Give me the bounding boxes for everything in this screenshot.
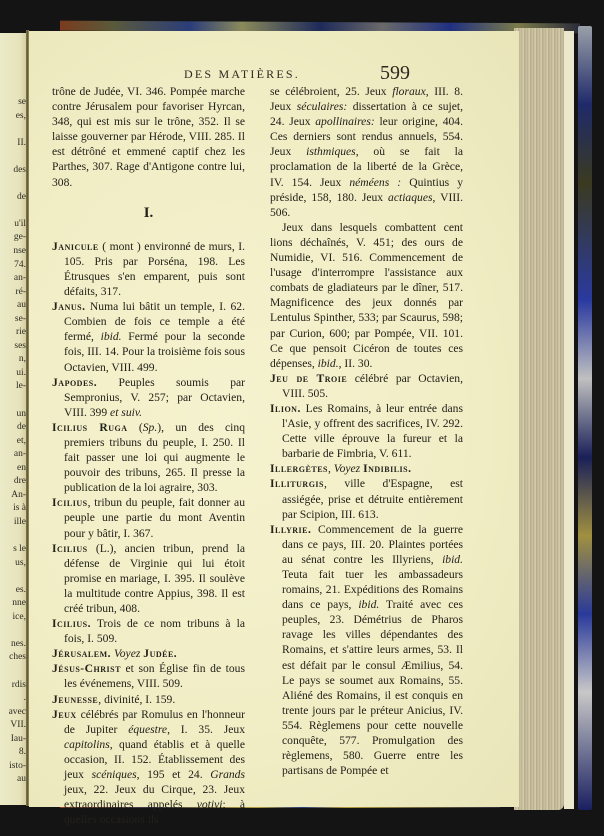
left-fragment-line: des	[0, 164, 26, 178]
entry-text: , tribun du peuple, fait donner au peupl…	[64, 496, 245, 539]
left-fragment-line: an-	[0, 272, 26, 286]
left-fragment-line	[0, 204, 26, 218]
entry-italic: ibid.	[442, 553, 463, 566]
index-entry: Jeunesse, divinité, I. 159.	[52, 692, 245, 707]
entry-headword: Illergètes	[270, 462, 328, 475]
index-entry: Jeu de Troie célébré par Octavien, VIII.…	[270, 371, 463, 401]
index-entry: Illergètes, Voyez Indibilis.	[270, 461, 463, 476]
page-fore-edge	[514, 28, 564, 810]
index-entry: Jérusalem. Voyez Judée.	[52, 646, 245, 661]
left-fragment-line	[0, 665, 26, 679]
entry-headword: Ilion.	[270, 402, 301, 415]
left-fragment-line: dre	[0, 475, 26, 489]
index-entry: Icilius, tribun du peuple, fait donner a…	[52, 495, 245, 540]
entry-italic: séculaires:	[297, 100, 347, 113]
continuation-entry: trône de Judée, VI. 346. Pompée marche c…	[52, 84, 245, 190]
entry-text: , 195 et 24.	[137, 768, 211, 781]
entry-italic: isthmiques	[306, 145, 356, 158]
entry-italic: scéniques	[92, 768, 137, 781]
left-fragment-line	[0, 150, 26, 164]
entry-italic: Grands	[210, 768, 245, 781]
index-continuation: Jeux dans lesquels combattent cent lions…	[270, 220, 463, 371]
left-fragment-line	[0, 177, 26, 191]
entry-italic: Voyez	[114, 647, 140, 660]
section-letter: I.	[52, 206, 245, 221]
left-fragment-line: se	[0, 96, 26, 110]
entry-headword: Icilius	[52, 542, 88, 555]
entry-headword: Judée.	[143, 647, 177, 660]
left-fragment-line: de	[0, 421, 26, 435]
entry-italic: et suiv.	[110, 406, 142, 419]
index-entry: Illyrie. Commencement de la guerre dans …	[270, 522, 463, 779]
left-fragment-line	[0, 624, 26, 638]
left-fragment-line: rdis	[0, 679, 26, 693]
left-fragment-line: ge-	[0, 231, 26, 245]
entry-headword: Icilius	[52, 496, 88, 509]
left-fragment-line: rie	[0, 326, 26, 340]
left-fragment-line: nes.	[0, 638, 26, 652]
left-fragment-line: .	[0, 692, 26, 706]
index-entry: Icilius Ruga (Sp.), un des cinq premiers…	[52, 420, 245, 495]
entry-headword: Indibilis.	[363, 462, 411, 475]
page-number: 599	[380, 62, 410, 85]
entry-italic: apollinaires:	[315, 115, 374, 128]
index-entry: Icilius (L.), ancien tribun, prend la dé…	[52, 541, 245, 616]
running-head: DES MATIÈRES.	[184, 67, 300, 82]
left-fragment-line	[0, 530, 26, 544]
index-entry: Icilius. Trois de ce nom tribuns à la fo…	[52, 616, 245, 646]
entry-text: Les Romains, à leur entrée dans l'Asie, …	[282, 402, 463, 460]
entry-headword: Icilius Ruga	[52, 421, 128, 434]
entry-italic: équestre	[128, 723, 167, 736]
entry-text: , divinité, I. 159.	[98, 693, 175, 706]
entry-italic: Voyez	[334, 462, 360, 475]
entry-text: Traité avec ces peuples, 23. Démétrius d…	[282, 598, 463, 777]
left-fragment-line: nne	[0, 597, 26, 611]
entry-headword: Janicule	[52, 240, 99, 253]
left-fragment-line: au	[0, 773, 26, 787]
entry-italic: floraux	[392, 85, 426, 98]
index-entry: Illiturgis, ville d'Espagne, est assiégé…	[270, 476, 463, 521]
entry-headword: Jérusalem.	[52, 647, 111, 660]
page-edge-cap	[564, 31, 574, 809]
entry-text: , II. 30.	[339, 357, 373, 370]
index-entry: Jésus-Christ et son Église fin de tous l…	[52, 661, 245, 691]
entry-headword: Jésus-Christ	[52, 662, 121, 675]
left-fragment-line: en	[0, 462, 26, 476]
left-fragment-line: II.	[0, 137, 26, 151]
left-fragment-line: ice,	[0, 611, 26, 625]
left-fragment-line: VII.	[0, 719, 26, 733]
left-fragment-line: ui.	[0, 367, 26, 381]
entry-italic: votivi	[197, 798, 223, 811]
left-fragment-line: us,	[0, 557, 26, 571]
left-fragment-line: nse	[0, 245, 26, 259]
left-fragment-line	[0, 570, 26, 584]
left-fragment-line: de	[0, 191, 26, 205]
left-entries: Janicule ( mont ) environné de murs, I. …	[52, 239, 245, 828]
entry-headword: Jeunesse	[52, 693, 98, 706]
entry-text: (L.), ancien tribun, prend la défense de…	[64, 542, 245, 615]
left-fragment-line: ré-	[0, 286, 26, 300]
index-entry: Japodes. Peuples soumis par Sempronius, …	[52, 375, 245, 420]
entry-headword: Illiturgis	[270, 477, 324, 490]
index-entry: Jeux célébrés par Romulus en l'honneur d…	[52, 707, 245, 828]
left-fragment-line: ille	[0, 516, 26, 530]
index-entry: Janicule ( mont ) environné de murs, I. …	[52, 239, 245, 299]
index-column-left: trône de Judée, VI. 346. Pompée marche c…	[52, 84, 245, 827]
entry-italic: Sp.	[143, 421, 158, 434]
entry-headword: Jeu de Troie	[270, 372, 347, 385]
left-fragment-line: Iau-	[0, 733, 26, 747]
left-fragment-line: isto-	[0, 760, 26, 774]
left-fragment-line: et,	[0, 435, 26, 449]
left-fragment-line: es,	[0, 110, 26, 124]
left-fragment-line: se-	[0, 313, 26, 327]
entry-italic: ibid.	[358, 598, 379, 611]
left-page-text-fragments: sees,II.desdeu'ilge-nse74.an-ré-ause-rie…	[0, 96, 26, 787]
left-fragment-line: n,	[0, 353, 26, 367]
left-fragment-line	[0, 394, 26, 408]
entry-headword: Illyrie.	[270, 523, 311, 536]
index-column-right: se célébroient, 25. Jeux floraux, III. 8…	[270, 84, 463, 778]
marbled-cover-right	[578, 26, 592, 810]
left-fragment-line: au	[0, 299, 26, 313]
left-fragment-line: ches	[0, 651, 26, 665]
left-fragment-line: u'il	[0, 218, 26, 232]
entry-headword: Icilius.	[52, 617, 91, 630]
left-fragment-line: 8.	[0, 746, 26, 760]
left-fragment-line: le-	[0, 380, 26, 394]
left-fragment-line: 74.	[0, 259, 26, 273]
entry-italic: capitolins	[64, 738, 110, 751]
entry-text: Trois de ce nom tribuns à la fois, I. 50…	[64, 617, 245, 645]
entry-italic: actiaques	[388, 191, 432, 204]
right-entries: se célébroient, 25. Jeux floraux, III. 8…	[270, 84, 463, 778]
entry-text: se célébroient, 25. Jeux	[270, 85, 392, 98]
left-fragment-line: s le	[0, 543, 26, 557]
entry-headword: Japodes.	[52, 376, 97, 389]
left-fragment-line: es.	[0, 584, 26, 598]
entry-italic: ibid.	[101, 330, 122, 343]
entry-italic: néméens :	[349, 176, 401, 189]
entry-text: (	[128, 421, 143, 434]
left-fragment-line: is à	[0, 502, 26, 516]
left-fragment-line: un	[0, 408, 26, 422]
index-entry: Ilion. Les Romains, à leur entrée dans l…	[270, 401, 463, 461]
left-fragment-line: an-	[0, 448, 26, 462]
entry-headword: Jeux	[52, 708, 77, 721]
index-continuation: se célébroient, 25. Jeux floraux, III. 8…	[270, 84, 463, 220]
index-entry: Janus. Numa lui bâtit un temple, I. 62. …	[52, 299, 245, 374]
entry-headword: Janus.	[52, 300, 85, 313]
left-fragment-line: ses	[0, 340, 26, 354]
entry-text: , I. 35. Jeux	[167, 723, 245, 736]
entry-text: Jeux dans lesquels combattent cent lions…	[270, 221, 463, 370]
left-fragment-line: An-	[0, 489, 26, 503]
entry-italic: ibid.	[318, 357, 339, 370]
left-fragment-line	[0, 123, 26, 137]
left-fragment-line: avec	[0, 706, 26, 720]
